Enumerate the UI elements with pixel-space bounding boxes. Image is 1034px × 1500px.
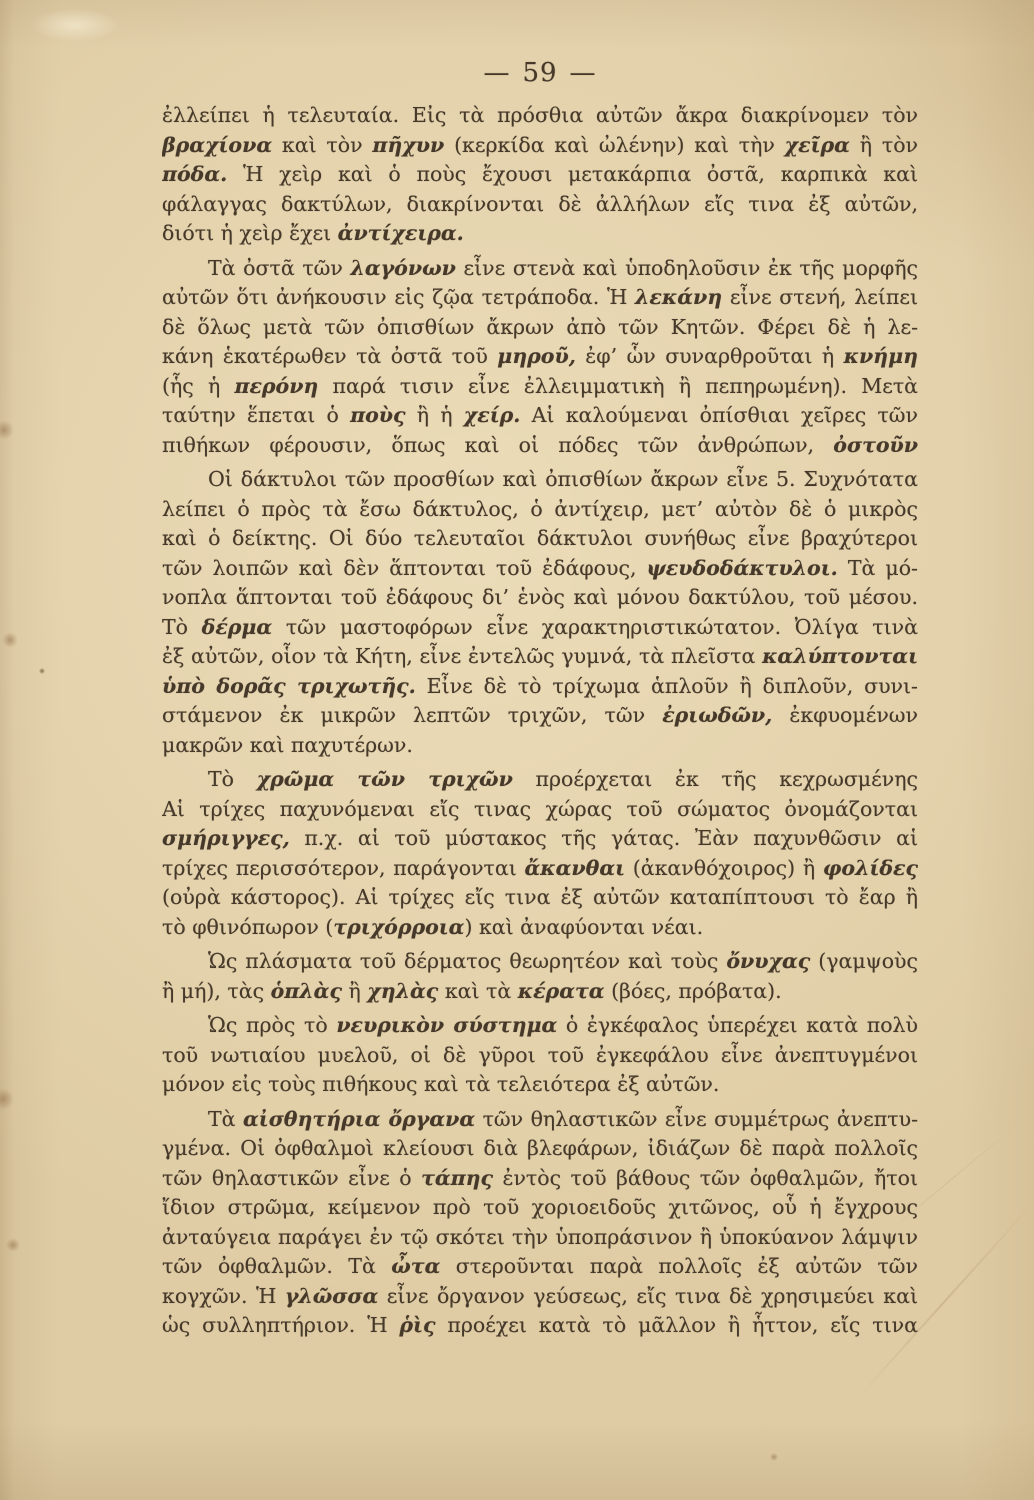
- body-text: τῶν θηλαστικῶν εἶνε συμμέτρως ἀνεπτυ-: [475, 1107, 918, 1131]
- emphasized-term: τριχόρροια: [333, 915, 464, 939]
- emphasized-term: λαγόνων: [351, 256, 456, 280]
- body-text: (κερκίδα καὶ ὠλένην) καὶ τὴν: [444, 133, 784, 157]
- text-line: τῶν θηλαστικῶν εἶνε ὁ τάπης ἐντὸς τοῦ βά…: [162, 1164, 918, 1194]
- emphasized-term: ὑπὸ δορᾶς τριχωτῆς.: [162, 674, 416, 698]
- paragraph: Τὰ αἰσθητήρια ὄργανα τῶν θηλαστικῶν εἶνε…: [162, 1105, 918, 1341]
- text-line: ὑπὸ δορᾶς τριχωτῆς. Εἶνε δὲ τὸ τρίχωμα ἁ…: [162, 672, 918, 702]
- body-text: ἢ τὸν: [850, 133, 918, 157]
- text-line: κογχῶν. Ἡ γλῶσσα εἶνε ὄργανον γεύσεως, ε…: [162, 1282, 918, 1312]
- text-line: ταύτην ἕπεται ὁ ποὺς ἢ ἡ χείρ. Αἱ καλούμ…: [162, 401, 918, 431]
- body-text: τῶν ὀφθαλμῶν. Τὰ: [162, 1254, 391, 1278]
- text-line: αὐτῶν ὅτι ἀνήκουσιν εἰς ζῷα τετράποδα. Ἡ…: [162, 283, 918, 313]
- body-text: ἐξ αὐτῶν, οἷον τὰ Κήτη, εἶνε ἐντελῶς γυμ…: [162, 644, 762, 668]
- emphasized-term: ποὺς: [350, 403, 405, 427]
- body-text: (γαμψοὺς: [810, 949, 918, 973]
- emphasized-term: ἐριωδῶν,: [662, 703, 772, 727]
- body-text: στεροῦνται παρὰ πολλοῖς ἐξ αὐτῶν τῶν: [440, 1254, 918, 1278]
- text-line: καὶ ὁ δείκτης. Οἱ δύο τελευταῖοι δάκτυλο…: [162, 524, 918, 554]
- body-text: Τὰ ὀστᾶ τῶν: [208, 256, 351, 280]
- paragraph: Ὡς πρὸς τὸ νευρικὸν σύστημα ὁ ἐγκέφαλος …: [162, 1011, 918, 1100]
- body-text: μόνον εἰς τοὺς πιθήκους καὶ τὰ τελειότερ…: [162, 1072, 719, 1096]
- body-text: καὶ τὸν: [272, 133, 372, 157]
- page-text: ἐλλείπει ἡ τελευταία. Εἰς τὰ πρόσθια αὐτ…: [162, 101, 918, 1341]
- emphasized-term: γλῶσσα: [285, 1284, 378, 1308]
- text-line: Ὡς πλάσματα τοῦ δέρματος θεωρητέον καὶ τ…: [162, 947, 918, 977]
- text-line: ἐλλείπει ἡ τελευταία. Εἰς τὰ πρόσθια αὐτ…: [162, 101, 918, 131]
- text-line: κάνη ἑκατέρωθεν τὰ ὀστᾶ τοῦ μηροῦ, ἐφ’ ὧ…: [162, 342, 918, 372]
- body-text: καὶ ὁ δείκτης. Οἱ δύο τελευταῖοι δάκτυλο…: [162, 526, 918, 550]
- emphasized-term: λεκάνη: [635, 285, 722, 309]
- body-text: καὶ τὰ: [438, 979, 517, 1003]
- text-line: νοπλα ἅπτονται τοῦ ἐδάφους δι’ ἑνὸς καὶ …: [162, 583, 918, 613]
- body-text: Οἱ δάκτυλοι τῶν προσθίων καὶ ὀπισθίων ἄκ…: [208, 467, 918, 491]
- emphasized-term: ψευδοδάκτυλοι.: [647, 556, 838, 580]
- text-line: δὲ ὅλως μετὰ τῶν ὀπισθίων ἄκρων ἀπὸ τῶν …: [162, 313, 918, 343]
- ink-speck: [39, 668, 45, 674]
- header-dash-right: —: [570, 58, 597, 88]
- body-text: δὲ ὅλως μετὰ τῶν ὀπισθίων ἄκρων ἀπὸ τῶν …: [162, 315, 918, 339]
- text-line: Ὡς πρὸς τὸ νευρικὸν σύστημα ὁ ἐγκέφαλος …: [162, 1011, 918, 1041]
- body-text: ταύτην ἕπεται ὁ: [162, 403, 350, 427]
- body-text: αὐτῶν ὅτι ἀνήκουσιν εἰς ζῷα τετράποδα. Ἡ: [162, 285, 635, 309]
- body-text: (βόες, πρόβατα).: [605, 979, 782, 1003]
- body-text: προέχει κατὰ τὸ μᾶλλον ἢ ἧττον, εἴς τινα: [435, 1313, 918, 1337]
- body-text: κογχῶν. Ἡ: [162, 1284, 285, 1308]
- paragraph: Τὸ χρῶμα τῶν τριχῶν προέρχεται ἐκ τῆς κε…: [162, 765, 918, 942]
- text-line: ἐξ αὐτῶν, οἷον τὰ Κήτη, εἶνε ἐντελῶς γυμ…: [162, 642, 918, 672]
- text-line: Τὰ αἰσθητήρια ὄργανα τῶν θηλαστικῶν εἶνε…: [162, 1105, 918, 1135]
- emphasized-term: ὄνυχας: [726, 949, 810, 973]
- body-text: φάλαγγας δακτύλων, διακρίνονται δὲ ἀλλήλ…: [162, 192, 918, 216]
- body-text: τῶν μαστοφόρων εἶνε χαρακτηριστικώτατον.…: [272, 615, 918, 639]
- body-text: ἀνταύγεια παράγει ἐν τῷ σκότει τὴν ὑποπρ…: [162, 1225, 918, 1249]
- text-line: γμένα. Οἱ ὀφθαλμοὶ κλείουσι διὰ βλεφάρων…: [162, 1134, 918, 1164]
- emphasized-term: δέρμα: [202, 615, 273, 639]
- paper-scuff: [30, 8, 120, 42]
- body-text: τρίχες περισσότερον, παράγονται: [162, 856, 525, 880]
- body-text: τὸ φθινόπωρον (: [162, 915, 333, 939]
- body-text: ὁ ἐγκέφαλος ὑπερέχει κατὰ πολὺ: [557, 1013, 918, 1037]
- body-text: διότι ἡ χεὶρ ἔχει: [162, 221, 338, 245]
- body-text: Ἡ χεὶρ καὶ ὁ ποὺς ἔχουσι μετακάρπια ὀστᾶ…: [227, 162, 918, 186]
- text-line: πόδα. Ἡ χεὶρ καὶ ὁ ποὺς ἔχουσι μετακάρπι…: [162, 160, 918, 190]
- body-text: κάνη ἑκατέρωθεν τὰ ὀστᾶ τοῦ: [162, 344, 497, 368]
- body-text: Τὸ: [208, 767, 257, 791]
- text-line: Τὸ δέρμα τῶν μαστοφόρων εἶνε χαρακτηριστ…: [162, 613, 918, 643]
- foxing-stain: [0, 1088, 14, 1110]
- text-line: (οὐρὰ κάστορος). Αἱ τρίχες εἴς τινα ἐξ α…: [162, 883, 918, 913]
- body-text: Αἱ τρίχες παχυνόμεναι εἴς τινας χώρας το…: [162, 797, 918, 821]
- ink-speck: [770, 1453, 778, 1461]
- emphasized-term: νευρικὸν σύστημα: [336, 1013, 557, 1037]
- emphasized-term: ἀντίχειρα.: [338, 221, 464, 245]
- paragraph: Τὰ ὀστᾶ τῶν λαγόνων εἶνε στενὰ καὶ ὑποδη…: [162, 254, 918, 461]
- emphasized-term: φολίδες: [823, 856, 918, 880]
- text-line: ἴδιον στρῶμα, κείμενον πρὸ τοῦ χοριοειδο…: [162, 1193, 918, 1223]
- paragraph: ἐλλείπει ἡ τελευταία. Εἰς τὰ πρόσθια αὐτ…: [162, 101, 918, 249]
- body-text: ὡς συλληπτήριον. Ἡ: [162, 1313, 399, 1337]
- text-line: Αἱ τρίχες παχυνόμεναι εἴς τινας χώρας το…: [162, 795, 918, 825]
- body-text: π.χ. αἱ τοῦ μύστακος τῆς γάτας. Ἐὰν παχυ…: [290, 826, 918, 850]
- emphasized-term: ὁπλὰς: [271, 979, 342, 1003]
- body-text: ) καὶ ἀναφύονται νέαι.: [464, 915, 703, 939]
- emphasized-term: αἰσθητήρια ὄργανα: [243, 1107, 475, 1131]
- header-dash-left: —: [483, 58, 510, 88]
- text-line: ἢ μή), τὰς ὁπλὰς ἢ χηλὰς καὶ τὰ κέρατα (…: [162, 977, 918, 1007]
- body-text: τῶν θηλαστικῶν εἶνε ὁ: [162, 1166, 421, 1190]
- emphasized-term: σμήριγγες,: [162, 826, 290, 850]
- body-text: Τὸ: [162, 615, 202, 639]
- text-line: τρίχες περισσότερον, παράγονται ἄκανθαι …: [162, 854, 918, 884]
- body-text: ἢ μή), τὰς: [162, 979, 271, 1003]
- text-line: σμήριγγες, π.χ. αἱ τοῦ μύστακος τῆς γάτα…: [162, 824, 918, 854]
- body-text: εἶνε στενή, λείπει: [722, 285, 918, 309]
- emphasized-term: κνήμη: [844, 344, 918, 368]
- body-text: μακρῶν καὶ παχυτέρων.: [162, 733, 413, 757]
- body-text: Τὰ: [208, 1107, 243, 1131]
- body-text: ἐφ’ ὧν συναρθροῦται ἡ: [576, 344, 844, 368]
- paragraph: Ὡς πλάσματα τοῦ δέρματος θεωρητέον καὶ τ…: [162, 947, 918, 1006]
- body-text: νοπλα ἅπτονται τοῦ ἐδάφους δι’ ἑνὸς καὶ …: [162, 585, 918, 609]
- text-line: στάμενον ἐκ μικρῶν λεπτῶν τριχῶν, τῶν ἐρ…: [162, 701, 918, 731]
- page-number: 59: [522, 58, 557, 88]
- body-text: Ὡς πλάσματα τοῦ δέρματος θεωρητέον καὶ τ…: [208, 949, 726, 973]
- text-line: τῶν λοιπῶν καὶ δὲν ἅπτονται τοῦ ἐδάφους,…: [162, 554, 918, 584]
- body-text: ἢ ἡ: [405, 403, 463, 427]
- body-text: γμένα. Οἱ ὀφθαλμοὶ κλείουσι διὰ βλεφάρων…: [162, 1136, 918, 1160]
- text-line: διότι ἡ χεὶρ ἔχει ἀντίχειρα.: [162, 219, 918, 249]
- text-line: (ἧς ἡ περόνη παρά τισιν εἶνε ἐλλειμματικ…: [162, 372, 918, 402]
- body-text: εἶνε ὄργανον γεύσεως, εἴς τινα δὲ χρησιμ…: [378, 1284, 918, 1308]
- body-text: Εἶνε δὲ τὸ τρίχωμα ἁπλοῦν ἢ διπλοῦν, συν…: [416, 674, 918, 698]
- text-line: Τὰ ὀστᾶ τῶν λαγόνων εἶνε στενὰ καὶ ὑποδη…: [162, 254, 918, 284]
- text-line: τῶν ὀφθαλμῶν. Τὰ ὦτα στεροῦνται παρὰ πολ…: [162, 1252, 918, 1282]
- emphasized-term: καλύπτονται: [762, 644, 918, 668]
- scanned-book-page: —59— ἐλλείπει ἡ τελευταία. Εἰς τὰ πρόσθι…: [0, 0, 1034, 1500]
- body-text: ἢ: [342, 979, 367, 1003]
- body-text: πιθήκων φέρουσιν, ὅπως καὶ οἱ πόδες τῶν …: [162, 433, 833, 457]
- body-text: εἶνε στενὰ καὶ ὑποδηλοῦσιν ἐκ τῆς μορφῆς: [456, 256, 918, 280]
- emphasized-term: πόδα.: [162, 162, 227, 186]
- foxing-stain: [2, 632, 18, 648]
- emphasized-term: χρῶμα τῶν τριχῶν: [257, 767, 513, 791]
- emphasized-term: τάπης: [421, 1166, 493, 1190]
- body-text: ἐντὸς τοῦ βάθους τῶν ὀφθαλμῶν, ἤτοι: [493, 1166, 918, 1190]
- emphasized-term: ἄκανθαι: [525, 856, 626, 880]
- page-header: —59—: [162, 58, 918, 88]
- body-text: Αἱ καλούμεναι ὀπίσθιαι χεῖρες τῶν: [520, 403, 918, 427]
- emphasized-term: πῆχυν: [372, 133, 444, 157]
- text-line: φάλαγγας δακτύλων, διακρίνονται δὲ ἀλλήλ…: [162, 190, 918, 220]
- text-line: Οἱ δάκτυλοι τῶν προσθίων καὶ ὀπισθίων ἄκ…: [162, 465, 918, 495]
- text-line: Τὸ χρῶμα τῶν τριχῶν προέρχεται ἐκ τῆς κε…: [162, 765, 918, 795]
- emphasized-term: χείρ.: [464, 403, 521, 427]
- text-line: πιθήκων φέρουσιν, ὅπως καὶ οἱ πόδες τῶν …: [162, 431, 918, 461]
- emphasized-term: βραχίονα: [162, 133, 272, 157]
- body-text: τοῦ νωτιαίου μυελοῦ, οἱ δὲ γῦροι τοῦ ἐγκ…: [162, 1043, 918, 1067]
- foxing-stain: [6, 1238, 20, 1252]
- emphasized-term: περόνη: [234, 374, 318, 398]
- body-text: (ἧς ἡ: [162, 374, 234, 398]
- body-text: Τὰ μό-: [838, 556, 918, 580]
- body-text: (οὐρὰ κάστορος). Αἱ τρίχες εἴς τινα ἐξ α…: [162, 885, 918, 909]
- foxing-stain: [0, 420, 14, 440]
- text-line: βραχίονα καὶ τὸν πῆχυν (κερκίδα καὶ ὠλέν…: [162, 131, 918, 161]
- body-text: στάμενον ἐκ μικρῶν λεπτῶν τριχῶν, τῶν: [162, 703, 662, 727]
- body-text: ἴδιον στρῶμα, κείμενον πρὸ τοῦ χοριοειδο…: [162, 1195, 918, 1219]
- emphasized-term: ῥὶς: [399, 1313, 435, 1337]
- text-line: ἀνταύγεια παράγει ἐν τῷ σκότει τὴν ὑποπρ…: [162, 1223, 918, 1253]
- body-text: λείπει ὁ πρὸς τὰ ἔσω δάκτυλος, ὁ ἀντίχει…: [162, 497, 918, 521]
- emphasized-term: κέρατα: [518, 979, 605, 1003]
- text-line: τὸ φθινόπωρον (τριχόρροια) καὶ ἀναφύοντα…: [162, 913, 918, 943]
- text-line: λείπει ὁ πρὸς τὰ ἔσω δάκτυλος, ὁ ἀντίχει…: [162, 495, 918, 525]
- emphasized-term: χεῖρα: [785, 133, 850, 157]
- body-text: τῶν λοιπῶν καὶ δὲν ἅπτονται τοῦ ἐδάφους,: [162, 556, 647, 580]
- text-line: τοῦ νωτιαίου μυελοῦ, οἱ δὲ γῦροι τοῦ ἐγκ…: [162, 1041, 918, 1071]
- text-line: μακρῶν καὶ παχυτέρων.: [162, 731, 918, 761]
- body-text: (ἀκανθόχοιρος) ἢ: [625, 856, 823, 880]
- emphasized-term: ὦτα: [391, 1254, 440, 1278]
- body-text: ἐλλείπει ἡ τελευταία. Εἰς τὰ πρόσθια αὐτ…: [162, 103, 918, 127]
- text-line: μόνον εἰς τοὺς πιθήκους καὶ τὰ τελειότερ…: [162, 1070, 918, 1100]
- text-line: ὡς συλληπτήριον. Ἡ ῥὶς προέχει κατὰ τὸ μ…: [162, 1311, 918, 1341]
- emphasized-term: χηλὰς: [367, 979, 438, 1003]
- emphasized-term: μηροῦ,: [497, 344, 576, 368]
- paragraph: Οἱ δάκτυλοι τῶν προσθίων καὶ ὀπισθίων ἄκ…: [162, 465, 918, 760]
- body-text: παρά τισιν εἶνε ἐλλειμματικὴ ἢ πεπηρωμέν…: [318, 374, 918, 398]
- body-text: Ὡς πρὸς τὸ: [208, 1013, 336, 1037]
